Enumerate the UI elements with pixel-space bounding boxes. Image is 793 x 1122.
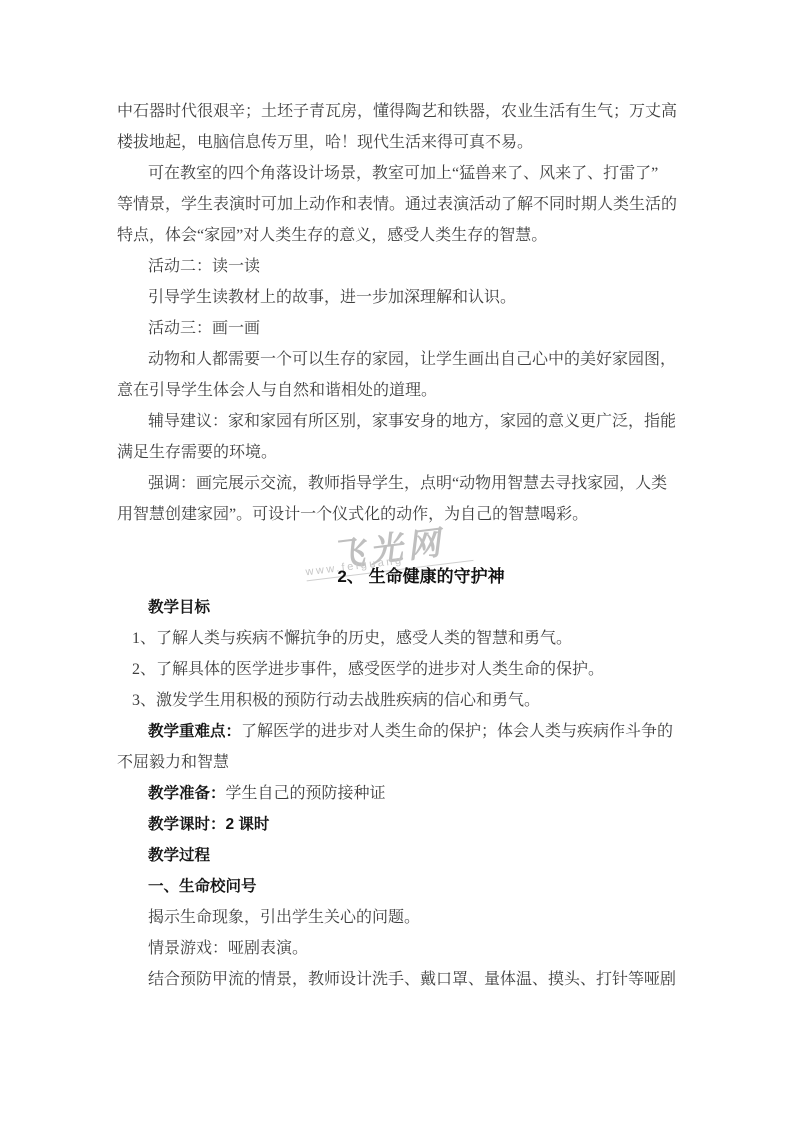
text-line: 意在引导学生体会人与自然和谐相处的道理。 [117,375,679,406]
text-line: 教学课时：2 课时 [117,809,679,840]
text-line: 用智慧创建家园”。可设计一个仪式化的动作，为自己的智慧喝彩。 [117,499,679,530]
text-line: 教学准备：学生自己的预防接种证 [117,778,679,809]
text-line: 1、了解人类与疾病不懈抗争的历史，感受人类的智慧和勇气。 [117,623,679,654]
text-line: 满足生存需要的环境。 [117,437,679,468]
bold-label: 教学重难点： [148,723,241,740]
text-line: 楼拔地起，电脑信息传万里，哈！现代生活来得可真不易。 [117,127,679,158]
text-line: 引导学生读教材上的故事，进一步加深理解和认识。 [117,282,679,313]
text-line: 中石器时代很艰辛；土坯子青瓦房，懂得陶艺和铁器，农业生活有生气；万丈高 [117,96,679,127]
text-line: 活动三：画一画 [117,313,679,344]
text-line: 特点，体会“家园”对人类生存的意义，感受人类生存的智慧。 [117,220,679,251]
text-line: 强调：画完展示交流，教师指导学生，点明“动物用智慧去寻找家园，人类 [117,468,679,499]
section-title: 2、 生命健康的守护神 [117,561,679,592]
text-line: 情景游戏：哑剧表演。 [117,933,679,964]
text-line: 教学目标 [117,592,679,623]
document-body: 中石器时代很艰辛；土坯子青瓦房，懂得陶艺和铁器，农业生活有生气；万丈高楼拔地起，… [117,96,679,995]
text-line: 2、了解具体的医学进步事件，感受医学的进步对人类生命的保护。 [117,654,679,685]
text-run: 学生自己的预防接种证 [226,785,386,802]
text-line: 教学重难点：了解医学的进步对人类生命的保护；体会人类与疾病作斗争的 [117,716,679,747]
text-line: 3、激发学生用积极的预防行动去战胜疾病的信心和勇气。 [117,685,679,716]
text-line: 活动二：读一读 [117,251,679,282]
text-line: 不屈毅力和智慧 [117,747,679,778]
text-line: 揭示生命现象，引出学生关心的问题。 [117,902,679,933]
text-run: 了解医学的进步对人类生命的保护；体会人类与疾病作斗争的 [241,723,673,740]
text-line: 等情景，学生表演时可加上动作和表情。通过表演活动了解不同时期人类生活的 [117,189,679,220]
bold-label: 教学准备： [148,785,226,802]
text-line: 辅导建议：家和家园有所区别，家事安身的地方，家园的意义更广泛，指能 [117,406,679,437]
text-line: 结合预防甲流的情景，教师设计洗手、戴口罩、量体温、摸头、打针等哑剧 [117,964,679,995]
blank-line [117,530,679,561]
document-page: 飞光网 www.feiguang 中石器时代很艰辛；土坯子青瓦房，懂得陶艺和铁器… [0,0,793,1122]
text-line: 教学过程 [117,840,679,871]
text-line: 一、生命校问号 [117,871,679,902]
text-line: 动物和人都需要一个可以生存的家园，让学生画出自己心中的美好家园图， [117,344,679,375]
text-line: 可在教室的四个角落设计场景，教室可加上“猛兽来了、风来了、打雷了” [117,158,679,189]
